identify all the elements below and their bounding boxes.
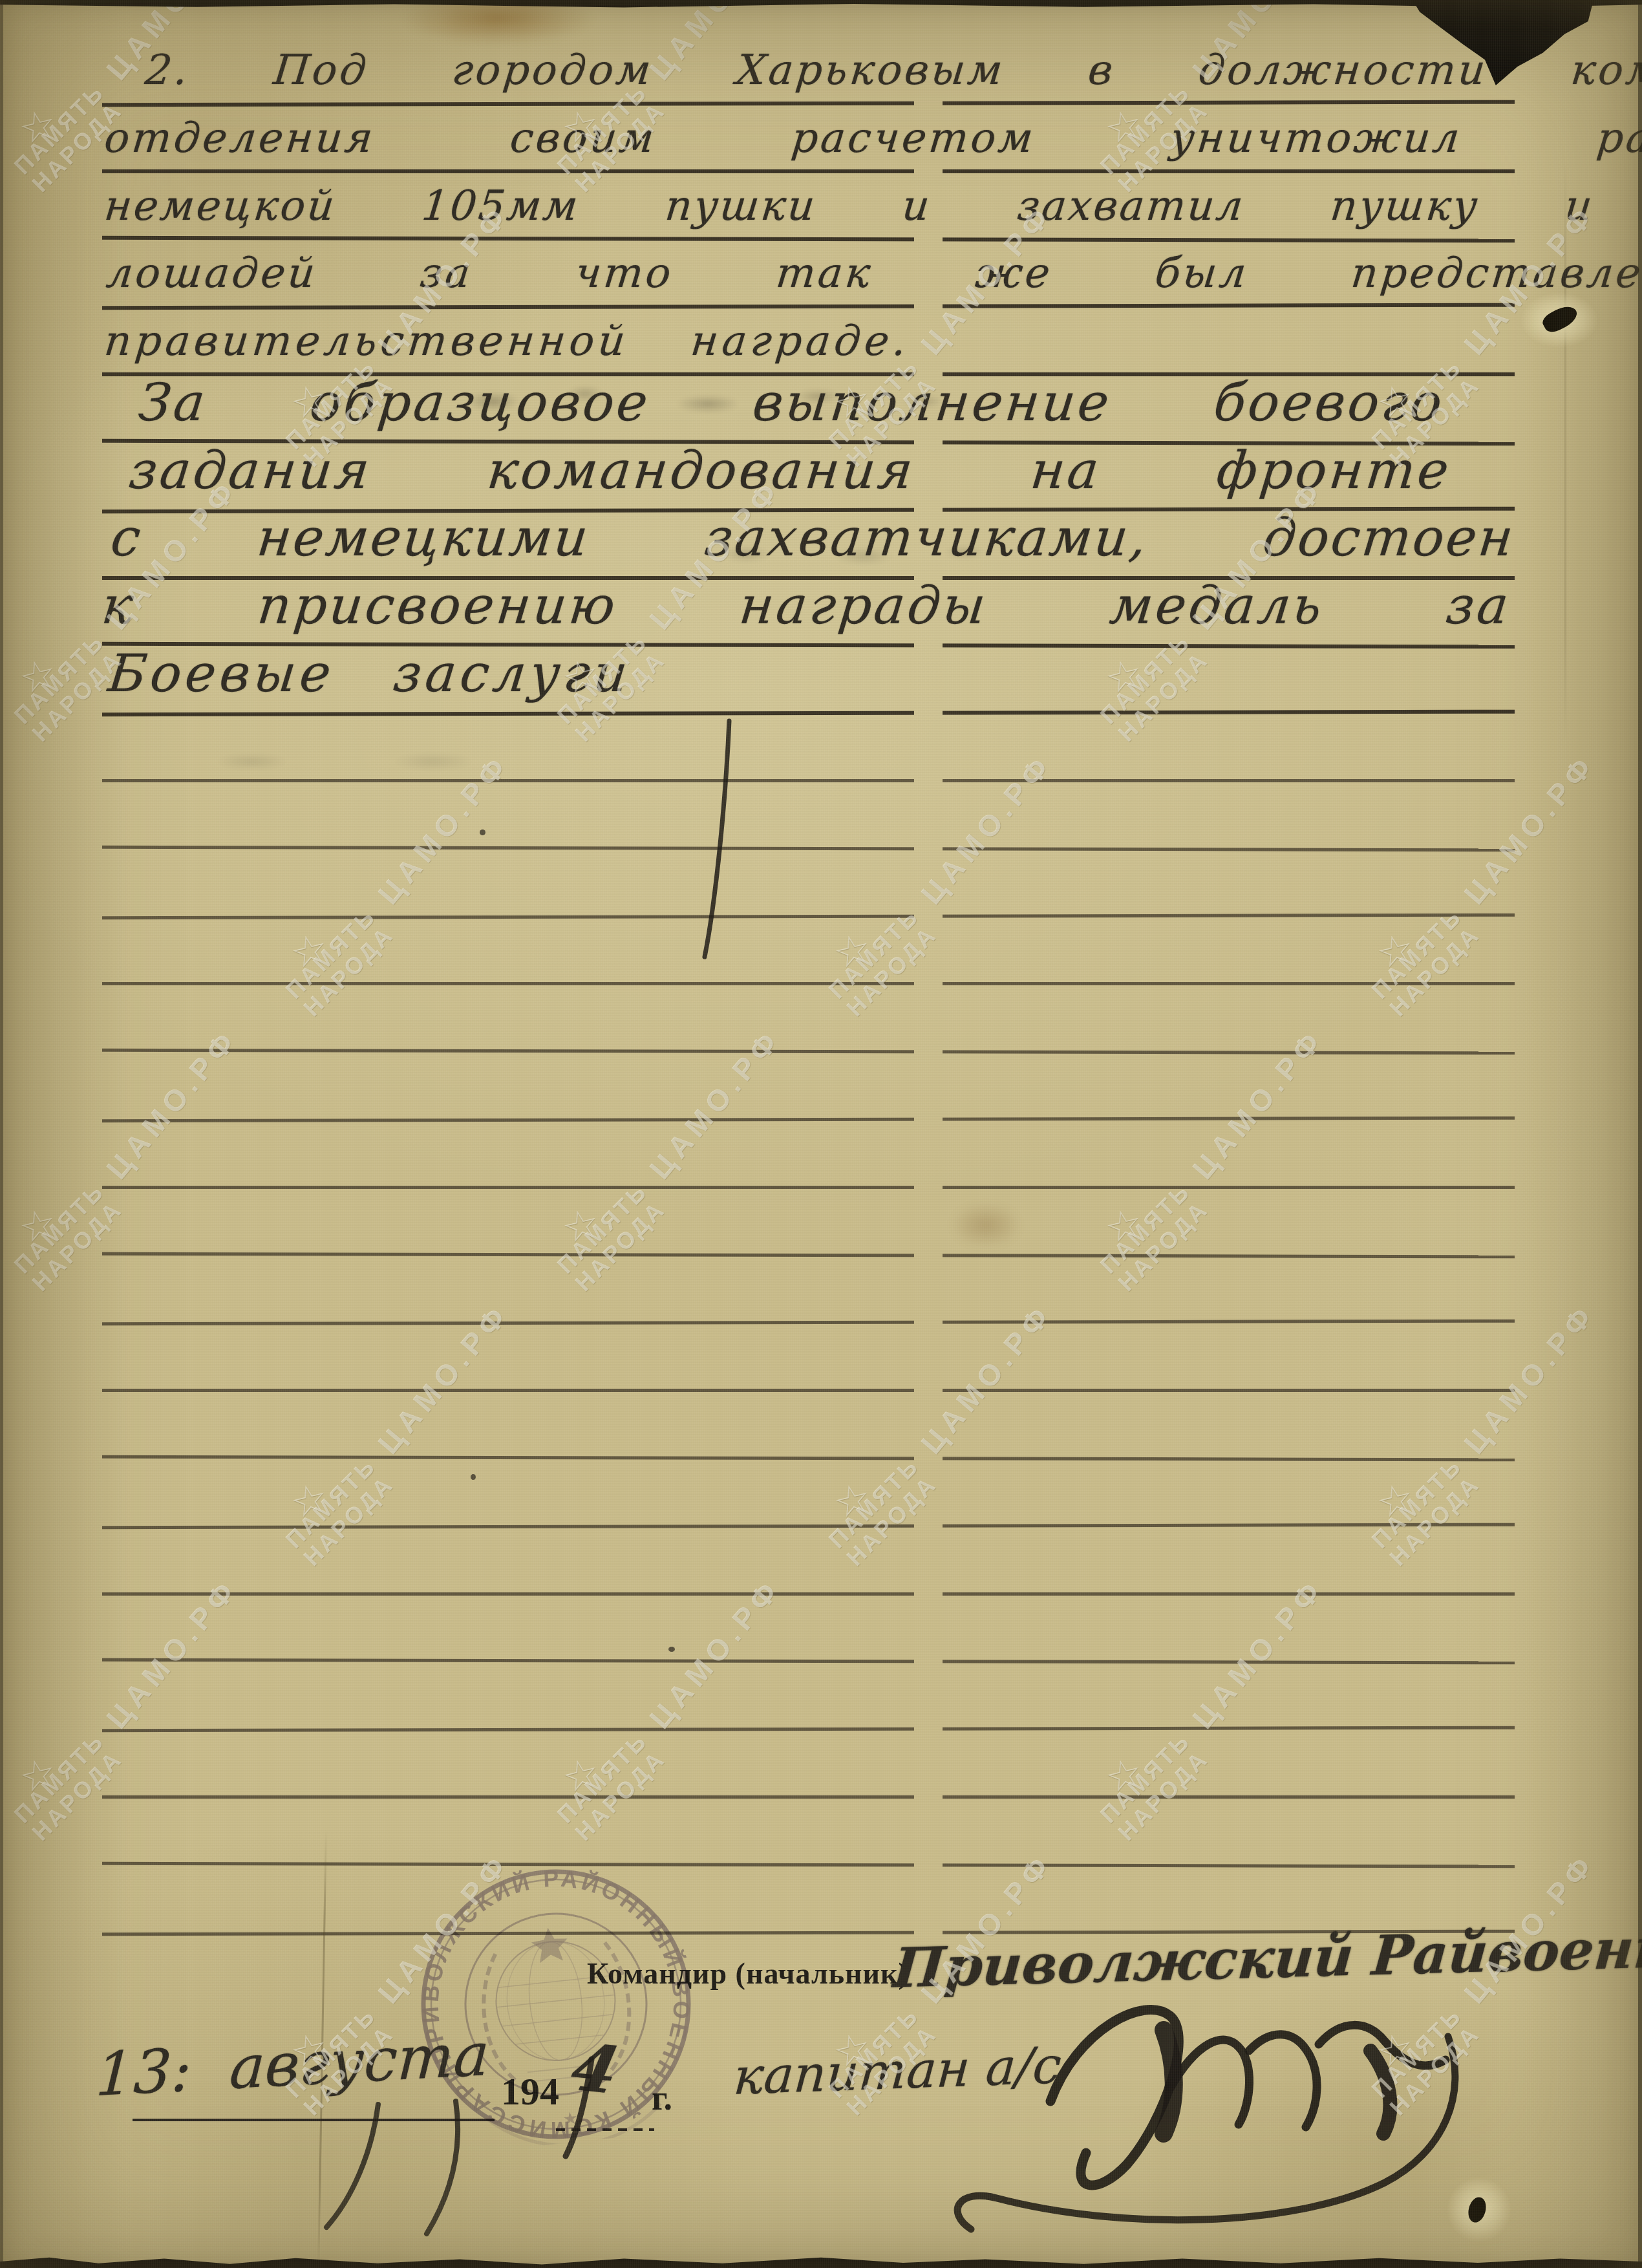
ruled-line <box>102 100 1515 107</box>
ruled-line <box>102 1455 1515 1462</box>
ruled-line <box>102 1862 1515 1868</box>
handwritten-line-3: немецкой 105мм пушки и захватил пушку и … <box>103 186 1642 227</box>
watermark-star-icon: ☆ <box>1100 649 1148 705</box>
watermark-camo-text: ЦАМО.РФ <box>643 1022 788 1186</box>
watermark-star-icon: ☆ <box>14 1199 62 1254</box>
ruled-line <box>102 1795 1515 1799</box>
ruled-line <box>102 1389 1515 1392</box>
watermark-camo-text: ЦАМО.РФ <box>1186 1571 1331 1735</box>
watermark-camo-text: ЦАМО.РФ <box>1186 1022 1331 1186</box>
handwritten-line-9: к присвоению награды медаль за <box>100 580 1513 632</box>
ruled-line <box>102 982 1515 985</box>
commander-unit-handwritten: Приволжский Райвоенком <box>891 1918 1642 1995</box>
ruled-line <box>102 1117 1515 1123</box>
watermark-star-icon: ☆ <box>14 1748 62 1804</box>
scan-edge-right <box>1638 0 1642 2268</box>
handwritten-line-2: отделения своим расчетом уничтожил расче… <box>103 118 1642 159</box>
ruled-line <box>102 235 1515 242</box>
watermark-pamyat-naroda-text: ПАМЯТЬНАРОДА <box>281 1453 399 1571</box>
scan-edge-top <box>0 0 1642 8</box>
watermark-pamyat-naroda-text: ПАМЯТЬНАРОДА <box>1096 1728 1213 1846</box>
watermark-star-icon: ☆ <box>1372 2023 1420 2079</box>
watermark-star-icon: ☆ <box>829 924 877 979</box>
watermark-star-icon: ☆ <box>286 924 334 979</box>
ruled-line <box>102 1658 1515 1665</box>
watermark-pamyat-naroda-text: ПАМЯТЬНАРОДА <box>1367 1453 1485 1571</box>
pen-descender-stroke <box>705 721 729 957</box>
watermark-star-icon: ☆ <box>286 1473 334 1529</box>
watermark-camo-text: ЦАМО.РФ <box>100 1571 245 1735</box>
paper-stain <box>401 0 595 45</box>
watermark-pamyat-naroda-text: ПАМЯТЬНАРОДА <box>553 1179 670 1296</box>
paper-stain <box>950 1203 1021 1248</box>
watermark-pamyat-naroda-text: ПАМЯТЬНАРОДА <box>10 1179 127 1296</box>
handwritten-line-7: задания командования на фронте <box>127 445 1454 497</box>
paper-crease <box>1564 162 1566 744</box>
ruled-line <box>102 913 1515 919</box>
handwritten-line-6: За образцовое выполнение боевого <box>136 377 1447 429</box>
paper-speck <box>668 1647 675 1652</box>
ruled-line <box>102 303 1515 310</box>
watermark-pamyat-naroda-text: ПАМЯТЬНАРОДА <box>553 1728 670 1846</box>
ruled-line <box>102 169 1515 173</box>
watermark-star-icon: ☆ <box>829 1473 877 1529</box>
ruled-line <box>102 1320 1515 1326</box>
ruled-line <box>102 1523 1515 1530</box>
paper-speck <box>480 829 485 835</box>
watermark-camo-text: ЦАМО.РФ <box>643 1571 788 1735</box>
handwritten-line-5: правительственной награде. <box>103 321 912 362</box>
watermark-star-icon: ☆ <box>14 649 62 705</box>
commander-rank-handwritten: капитан а/с <box>732 2040 1063 2102</box>
watermark-pamyat-naroda-text: ПАМЯТЬНАРОДА <box>10 1728 127 1846</box>
watermark-pamyat-naroda-text: ПАМЯТЬНАРОДА <box>824 1453 942 1571</box>
watermark-camo-text: ЦАМО.РФ <box>100 1022 245 1186</box>
watermark-camo-text: ЦАМО.РФ <box>1457 747 1603 911</box>
svg-text:ПРИВОЛЖСКИЙ РАЙОННЫЙ ВОЕННЫЙ К: ПРИВОЛЖСКИЙ РАЙОННЫЙ ВОЕННЫЙ КОМИССАРИАТ <box>403 1852 709 2157</box>
official-round-stamp: ПРИВОЛЖСКИЙ РАЙОННЫЙ ВОЕННЫЙ КОМИССАРИАТ… <box>403 1852 709 2157</box>
watermark-star-icon: ☆ <box>1372 924 1420 979</box>
watermark-star-icon: ☆ <box>14 100 62 155</box>
handwritten-line-1: 2. Под городом Харьковым в должности ком… <box>144 50 1642 91</box>
paper-speck <box>471 1474 476 1480</box>
ruled-line <box>102 1186 1515 1189</box>
handwritten-line-4: лошадей за что так же был представлен к <box>105 253 1642 294</box>
ruled-line <box>102 1592 1515 1596</box>
stamp-star-icon <box>530 1926 570 1964</box>
watermark-star-icon: ☆ <box>1372 1473 1420 1529</box>
handwritten-line-10: Боевые заслуги <box>106 648 634 700</box>
watermark-pamyat-naroda-text: ПАМЯТЬНАРОДА <box>824 904 942 1022</box>
scan-edge-left <box>0 0 3 2268</box>
stamp-bottom-star: ★ <box>562 2108 579 2129</box>
watermark-pamyat-naroda-text: ПАМЯТЬНАРОДА <box>281 904 399 1022</box>
watermark-pamyat-naroda-text: ПАМЯТЬНАРОДА <box>1096 1179 1213 1296</box>
ruled-line <box>102 710 1515 717</box>
stamp-ring-text: ПРИВОЛЖСКИЙ РАЙОННЫЙ ВОЕННЫЙ КОМИССАРИАТ <box>403 1852 709 2157</box>
watermark-star-icon: ☆ <box>557 1199 605 1254</box>
ruled-line <box>102 846 1515 852</box>
ruled-line <box>102 1049 1515 1055</box>
ink-transfer-mark <box>162 742 614 781</box>
pen-descender-stroke <box>326 2104 378 2227</box>
scanned-award-document-page: 2. Под городом Харьковым в должности ком… <box>0 0 1642 2268</box>
ruled-line <box>102 1252 1515 1258</box>
watermark-star-icon: ☆ <box>1100 1199 1148 1254</box>
watermark-pamyat-naroda-text: ПАМЯТЬНАРОДА <box>1367 904 1485 1022</box>
watermark-camo-text: ЦАМО.РФ <box>914 747 1060 911</box>
handwritten-line-8: с немецкими захватчиками, достоен <box>109 512 1518 564</box>
watermark-pamyat-naroda-text: ПАМЯТЬНАРОДА <box>1367 2003 1485 2121</box>
ruled-line <box>102 1726 1515 1733</box>
scan-edge-bottom <box>0 2256 1642 2268</box>
